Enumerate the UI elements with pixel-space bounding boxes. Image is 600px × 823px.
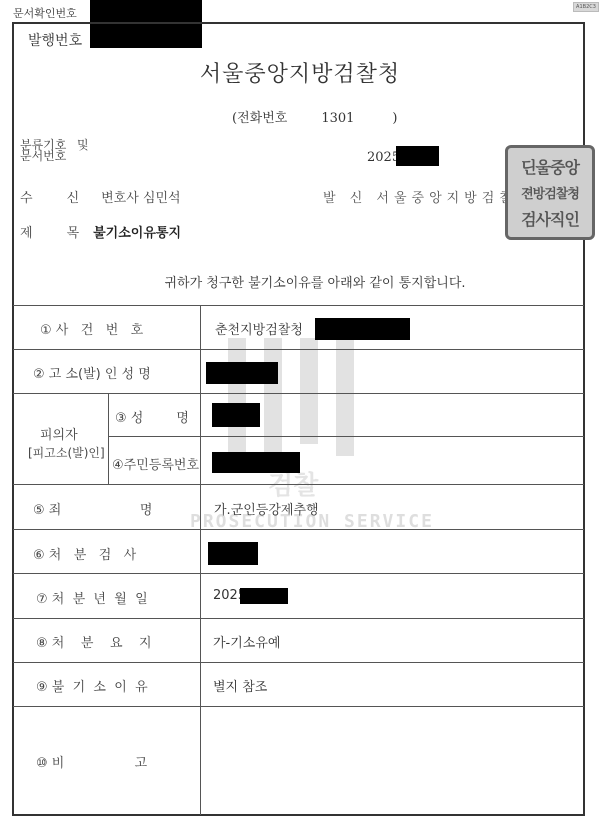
doc-confirm-label: 문서확인번호: [13, 5, 77, 21]
table-top-border: [13, 305, 584, 306]
classification-and: 및: [77, 140, 89, 151]
label-resident-number: ④주민등록번호: [112, 454, 199, 473]
value-case-number: 춘천지방검찰청: [215, 319, 303, 338]
column-divider: [200, 305, 201, 815]
classification-label: 분류기호 문서번호 및: [20, 140, 66, 162]
label-disposition-summary: ⑧ 처 분 요 지: [36, 632, 152, 651]
subject-line: 제목불기소이유통지: [20, 222, 79, 241]
value-charge: 가.군인등강제추행: [214, 499, 319, 518]
redaction-suspect-name: [212, 403, 260, 427]
recipient-value: 변호사 심민석: [101, 191, 180, 206]
label-remarks: ⑩ 비 고: [36, 752, 147, 771]
redaction-doc-number: [396, 146, 439, 166]
redaction-complainant-name: [206, 362, 278, 384]
recipient-line: 수신변호사 심민석: [20, 187, 181, 206]
value-non-indictment-reason: 별지 참조: [213, 676, 267, 695]
recipient-label-1: 수: [20, 191, 33, 206]
row-divider: [13, 618, 584, 619]
row-divider: [108, 436, 584, 437]
row-divider: [13, 573, 584, 574]
row-divider: [13, 393, 584, 394]
issue-number-label: 발행번호: [28, 30, 82, 50]
label-complainant-name: ② 고 소(발) 인 성 명: [33, 363, 151, 382]
redaction-resident-number: [212, 452, 300, 473]
phone-number: 1301: [321, 111, 354, 126]
row-divider: [13, 662, 584, 663]
row-divider: [13, 484, 584, 485]
subject-label-1: 제: [20, 226, 33, 241]
label-disposition-date: ⑦ 처 분 년 월 일: [36, 588, 148, 607]
sender-value: 서울중앙지방검찰: [376, 191, 516, 206]
intro-text: 귀하가 청구한 불기소이유를 아래와 같이 통지합니다.: [0, 272, 600, 291]
redaction-case-number: [315, 318, 410, 340]
group-column-divider: [108, 393, 109, 484]
label-charge: ⑤ 죄 명: [33, 499, 152, 518]
phone-close: ): [392, 111, 397, 126]
row-divider: [13, 706, 584, 707]
row-divider: [13, 529, 584, 530]
value-disposition-summary: 가-기소유예: [213, 632, 280, 651]
sender-label: 발 신: [323, 191, 367, 206]
official-seal: 딘울중앙 젼방검찰쳥 검사직인: [505, 145, 595, 240]
phone-line: (전화번호1301): [232, 107, 397, 126]
code-stamp: A1B2C3: [573, 2, 599, 12]
subject-value: 불기소이유통지: [93, 222, 181, 241]
seal-line-2: 젼방검찰쳥: [521, 183, 579, 202]
phone-label: (전화번호: [232, 111, 287, 126]
row-divider: [13, 349, 584, 350]
label-suspect-group-sub: [피고소(발)인]: [28, 444, 105, 461]
recipient-label-2: 신: [67, 191, 80, 206]
redaction-disposition-date: [240, 588, 288, 604]
label-suspect-name: ③ 성 명: [115, 407, 189, 426]
label-suspect-group: 피의자: [40, 424, 78, 443]
watermark-logo-icon: [228, 338, 378, 456]
agency-title: 서울중앙지방검찰청: [0, 57, 600, 88]
label-case-number: ① 사 건 번 호: [40, 319, 143, 338]
seal-line-3: 검사직인: [521, 207, 579, 230]
subject-label-2: 목: [67, 226, 80, 241]
label-non-indictment-reason: ⑨ 불 기 소 이 유: [36, 676, 148, 695]
seal-line-1: 딘울중앙: [521, 155, 579, 178]
redaction-prosecutor: [208, 542, 258, 565]
label-prosecutor: ⑥ 처 분 검 사: [33, 544, 136, 563]
classification-line2: 문서번호: [20, 151, 66, 162]
sender-line: 발 신 서울중앙지방검찰: [323, 187, 517, 206]
